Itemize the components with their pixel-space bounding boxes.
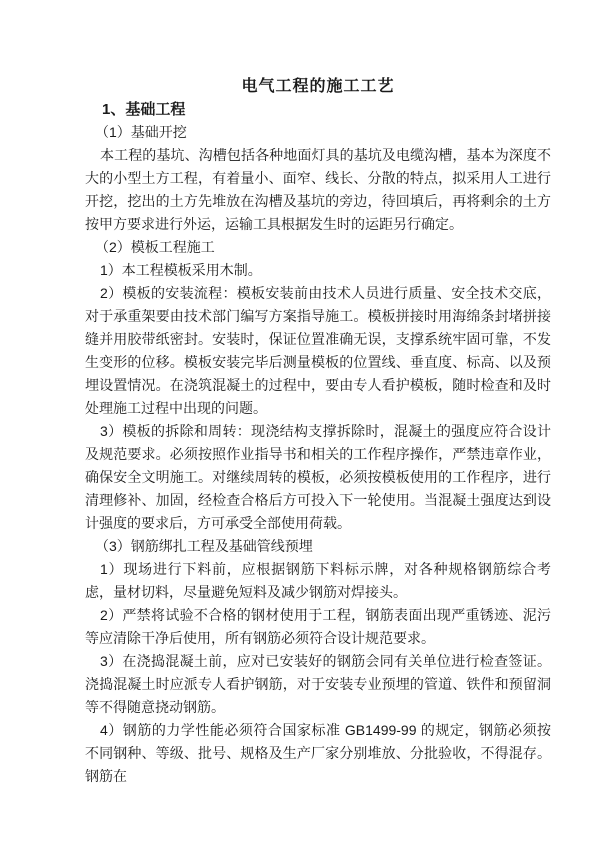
para-formwork-removal-turnover: 3）模板的拆除和周转：现浇结构支撑拆除时，混凝土的强度应符合设计及规范要求。必须… <box>85 420 551 535</box>
para-foundation-excavation: 本工程的基坑、沟槽包括各种地面灯具的基坑及电缆沟槽，基本为深度不大的小型土方工程… <box>85 144 551 236</box>
document-content: 电气工程的施工工艺 1、基础工程 （1）基础开挖 本工程的基坑、沟槽包括各种地面… <box>85 75 551 788</box>
para-rebar-national-standard: 4）钢筋的力学性能必须符合国家标准 GB1499-99 的规定，钢筋必须按不同钢… <box>85 719 551 788</box>
para-formwork-material: 1）本工程模板采用木制。 <box>85 259 551 282</box>
para-formwork-installation: 2）模板的安装流程：模板安装前由技术人员进行质量、安全技术交底，对于承重架要由技… <box>85 282 551 420</box>
document-page: 电气工程的施工工艺 1、基础工程 （1）基础开挖 本工程的基坑、沟槽包括各种地面… <box>0 0 595 842</box>
page-title: 电气工程的施工工艺 <box>85 75 551 98</box>
para-rebar-cutting: 1）现场进行下料前，应根据钢筋下料标示牌，对各种规格钢筋综合考虑，量材切料，尽量… <box>85 558 551 604</box>
subheading-rebar-and-embedded-pipelines: （3）钢筋绑扎工程及基础管线预埋 <box>85 535 551 558</box>
heading-foundation-works: 1、基础工程 <box>85 98 551 121</box>
subheading-formwork-construction: （2）模板工程施工 <box>85 236 551 259</box>
para-rebar-inspection-signoff: 3）在浇捣混凝土前，应对已安装好的钢筋会同有关单位进行检查签证。浇捣混凝土时应派… <box>85 650 551 719</box>
subheading-foundation-excavation: （1）基础开挖 <box>85 121 551 144</box>
para-rebar-quality: 2）严禁将试验不合格的钢材使用于工程，钢筋表面出现严重锈迹、泥污等应清除干净后使… <box>85 604 551 650</box>
